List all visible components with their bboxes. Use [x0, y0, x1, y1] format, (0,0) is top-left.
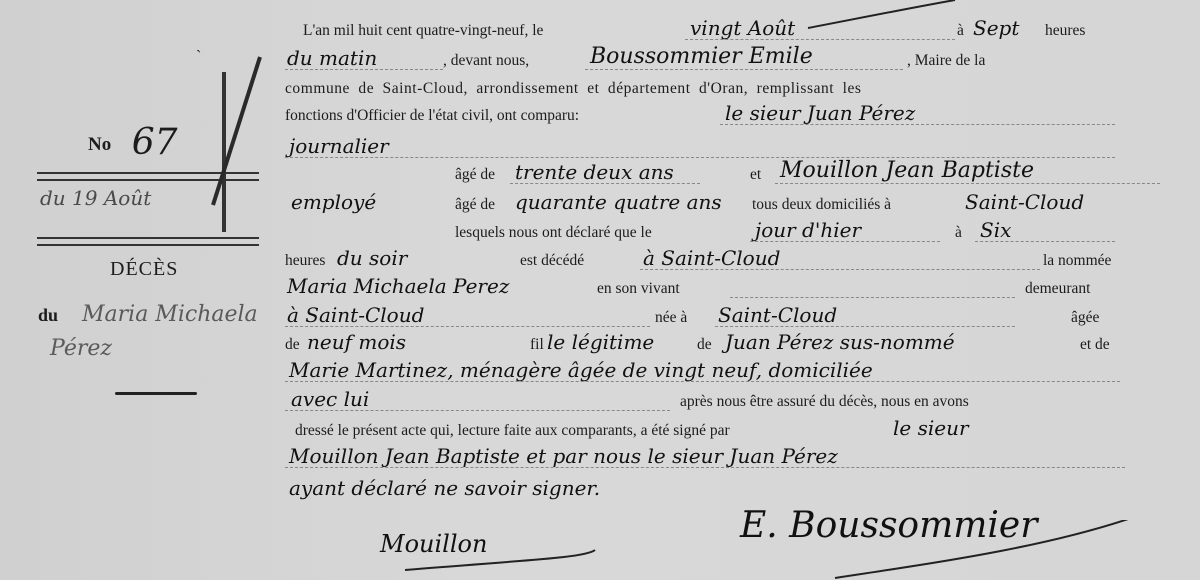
- fill-line: [510, 183, 700, 184]
- ink-stroke: [800, 0, 960, 30]
- signature-flourish: [405, 520, 1195, 580]
- text-line: journalier: [285, 138, 1185, 168]
- ink-mark: `: [196, 48, 201, 66]
- fill-line: [730, 297, 1015, 298]
- fill-line: [685, 39, 955, 40]
- of-label: du: [38, 305, 58, 326]
- act-text: L'an mil huit cent quatre-vingt-neuf, le…: [285, 0, 1185, 580]
- text-line: Marie Martinez, ménagère âgée de vingt n…: [285, 364, 1185, 394]
- fill-line: [775, 183, 1160, 184]
- fill-line: [975, 241, 1115, 242]
- text-line: employé âgé de quarante quatre ans tous …: [285, 196, 1185, 226]
- strike-mark: [205, 55, 265, 245]
- fill-line: [285, 69, 443, 70]
- fill-line: [285, 326, 650, 327]
- fill-line: [640, 269, 1040, 270]
- fill-line: [720, 124, 1115, 125]
- fill-line: [285, 467, 1125, 468]
- act-number-value: 67: [132, 122, 178, 163]
- fill-line: [750, 241, 940, 242]
- text-line: du matin , devant nous, Boussommier Emil…: [285, 52, 1185, 82]
- text-line: avec lui après nous être assuré du décès…: [285, 393, 1185, 423]
- text-line: fonctions d'Officier de l'état civil, on…: [285, 107, 1185, 137]
- act-number: No 67: [88, 118, 178, 159]
- section-title: DÉCÈS: [110, 258, 178, 281]
- fill-line: [585, 69, 903, 70]
- fill-line: [285, 381, 1120, 382]
- act-date: du 19 Août: [40, 186, 151, 210]
- fill-line: [285, 410, 670, 411]
- deceased-name: Maria Michaela Pérez: [80, 298, 258, 366]
- end-rule: [115, 392, 197, 395]
- fill-line: [715, 326, 1015, 327]
- text-line: ayant déclaré ne savoir signer.: [285, 482, 1185, 512]
- register-page: ` No 67 du 19 Août DÉCÈS du Maria Michae…: [0, 0, 1200, 580]
